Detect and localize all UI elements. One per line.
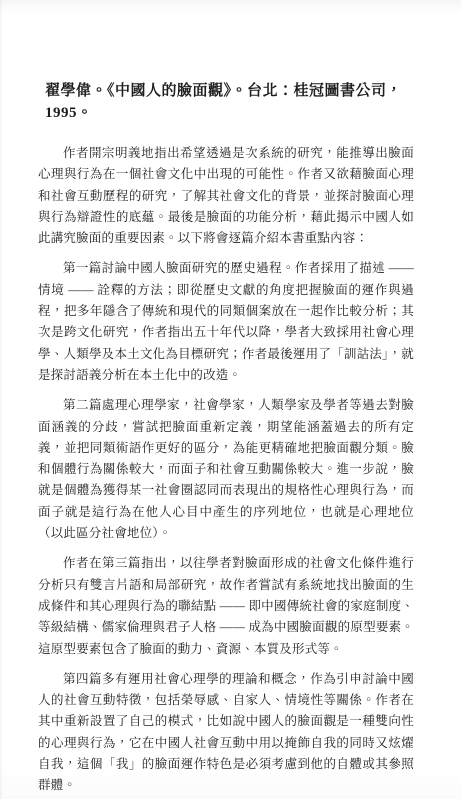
paragraph-chapter-2: 第二篇處理心理學家，社會學家，人類學家及學者等過去對臉面涵義的分歧，嘗試把臉面重…	[38, 395, 414, 544]
paragraph-chapter-3: 作者在第三篇指出，以往學者對臉面形成的社會文化條件進行分析只有雙言片語和局部研究…	[38, 553, 414, 659]
paragraph-chapter-4: 第四篇多有運用社會心理學的理論和概念，作為引申討論中國人的社會互動特徵，包括榮辱…	[38, 669, 414, 797]
book-citation: 翟學偉。《中國人的臉面觀》。台北：桂冠圖書公司，1995。	[45, 80, 417, 124]
paragraph-chapter-1: 第一篇討論中國人臉面研究的歷史過程。作者採用了描述 —— 情境 —— 詮釋的方法…	[38, 258, 414, 386]
paragraph-introduction: 作者開宗明義地指出希望透過是次系統的研究，能推導出臉面心理與行為在一個社會文化中…	[38, 143, 414, 249]
document-body: 作者開宗明義地指出希望透過是次系統的研究，能推導出臉面心理與行為在一個社會文化中…	[38, 143, 414, 799]
scanned-document-page: 翟學偉。《中國人的臉面觀》。台北：桂冠圖書公司，1995。 作者開宗明義地指出希…	[0, 0, 461, 799]
scan-edge-shading	[0, 0, 3, 799]
